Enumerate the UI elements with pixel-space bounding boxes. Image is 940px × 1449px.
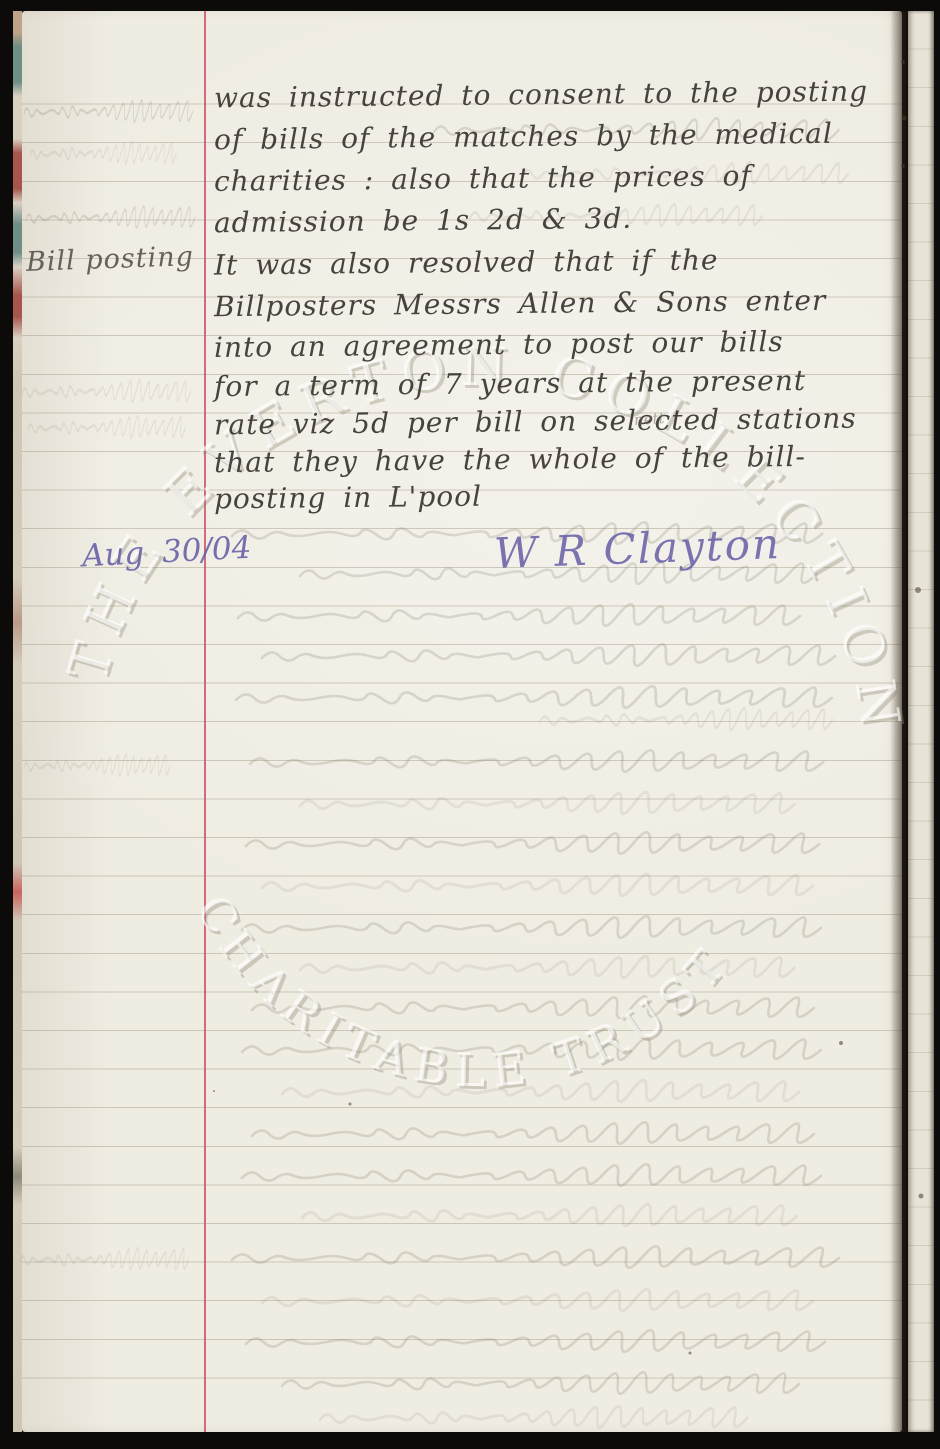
handwriting-line: of bills of the matches by the medical — [214, 117, 833, 156]
margin-note: Bill posting — [26, 241, 195, 278]
gutter-shadow — [890, 11, 908, 1432]
handwriting-line: was instructed to consent to the posting — [214, 75, 868, 115]
pencil-interlineation: nett — [633, 409, 665, 429]
handwriting-line: for a term of 7 years at the present — [214, 364, 806, 403]
next-page-edge — [908, 11, 934, 1432]
handwriting-line: into an agreement to post our bills — [214, 325, 784, 364]
red-margin-line — [204, 11, 206, 1432]
handwriting-line: rate viz 5d per bill on selected station… — [214, 402, 857, 442]
scanned-page-photo: THE EVERTON COLLECTION CHARITABLE TRUST … — [0, 0, 940, 1449]
handwriting-line: Billposters Messrs Allen & Sons enter — [214, 284, 827, 323]
handwriting-line: admission be 1s 2d & 3d. — [214, 202, 633, 239]
handwriting-line: It was also resolved that if the — [214, 243, 719, 281]
handwriting-line: that they have the whole of the bill- — [214, 440, 806, 479]
signature: W R Clayton — [493, 519, 782, 578]
handwriting-line: charities : also that the prices of — [214, 159, 752, 198]
handwriting-line: posting in L'pool — [214, 480, 482, 516]
page-edge-marbling — [13, 11, 22, 1432]
